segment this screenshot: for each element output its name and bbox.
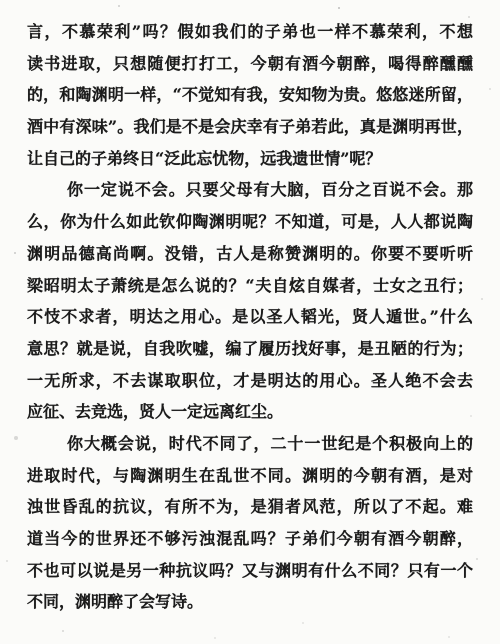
text-line: 意思？就是说，自我吹嘘，编了履历找好事，是丑陋的行为；: [27, 333, 473, 365]
text-line: 不也可以说是另一种抗议吗？又与渊明有什么不同？只有一个: [27, 555, 473, 587]
text-line: 不忮不求者，明达之用心。是以圣人韬光，贤人遁世。”什么: [27, 301, 473, 333]
text-line: 一无所求，不去谋取职位，才是明达的用心。圣人绝不会去: [27, 365, 473, 397]
text-line: 进取时代，与陶渊明生在乱世不同。渊明的今朝有酒，是对: [27, 460, 473, 492]
text-line: 你大概会说，时代不同了，二十一世纪是个积极向上的: [27, 428, 473, 460]
text-line: 浊世昏乱的抗议，有所不为，是狷者风范，所以了不起。难: [27, 491, 473, 523]
text-line: 的，和陶渊明一样，“不觉知有我，安知物为贵。悠悠迷所留，: [27, 79, 473, 111]
text-line: 渊明品德高尚啊。没错，古人是称赞渊明的。你要不要听听: [27, 238, 473, 270]
text-line: 读书进取，只想随便打打工，今朝有酒今朝醉，喝得醉醺醺: [27, 48, 473, 80]
text-line: 道当今的世界还不够污浊混乱吗？子弟们今朝有酒今朝醉，: [27, 523, 473, 555]
text-line: 应征、去竞选，贤人一定远离红尘。: [27, 396, 473, 428]
text-line: 么，你为什么如此钦仰陶渊明呢？不知道，可是，人人都说陶: [27, 206, 473, 238]
text-block: 言，不慕荣利”吗？假如我们的子弟也一样不慕荣利，不想读书进取，只想随便打打工，今…: [27, 16, 473, 618]
text-line: 梁昭明太子萧统是怎么说的？“夫自炫自媒者，士女之丑行；: [27, 270, 473, 302]
text-line: 让自己的子弟终日“泛此忘忧物，远我遗世情”呢？: [27, 143, 473, 175]
text-line: 不同，渊明醉了会写诗。: [27, 586, 473, 618]
text-line: 你一定说不会。只要父母有大脑，百分之百说不会。那: [27, 174, 473, 206]
text-line: 言，不慕荣利”吗？假如我们的子弟也一样不慕荣利，不想: [27, 16, 473, 48]
scanned-book-page: 言，不慕荣利”吗？假如我们的子弟也一样不慕荣利，不想读书进取，只想随便打打工，今…: [0, 0, 500, 644]
text-line: 酒中有深味”。我们是不是会庆幸有子弟若此，真是渊明再世，: [27, 111, 473, 143]
